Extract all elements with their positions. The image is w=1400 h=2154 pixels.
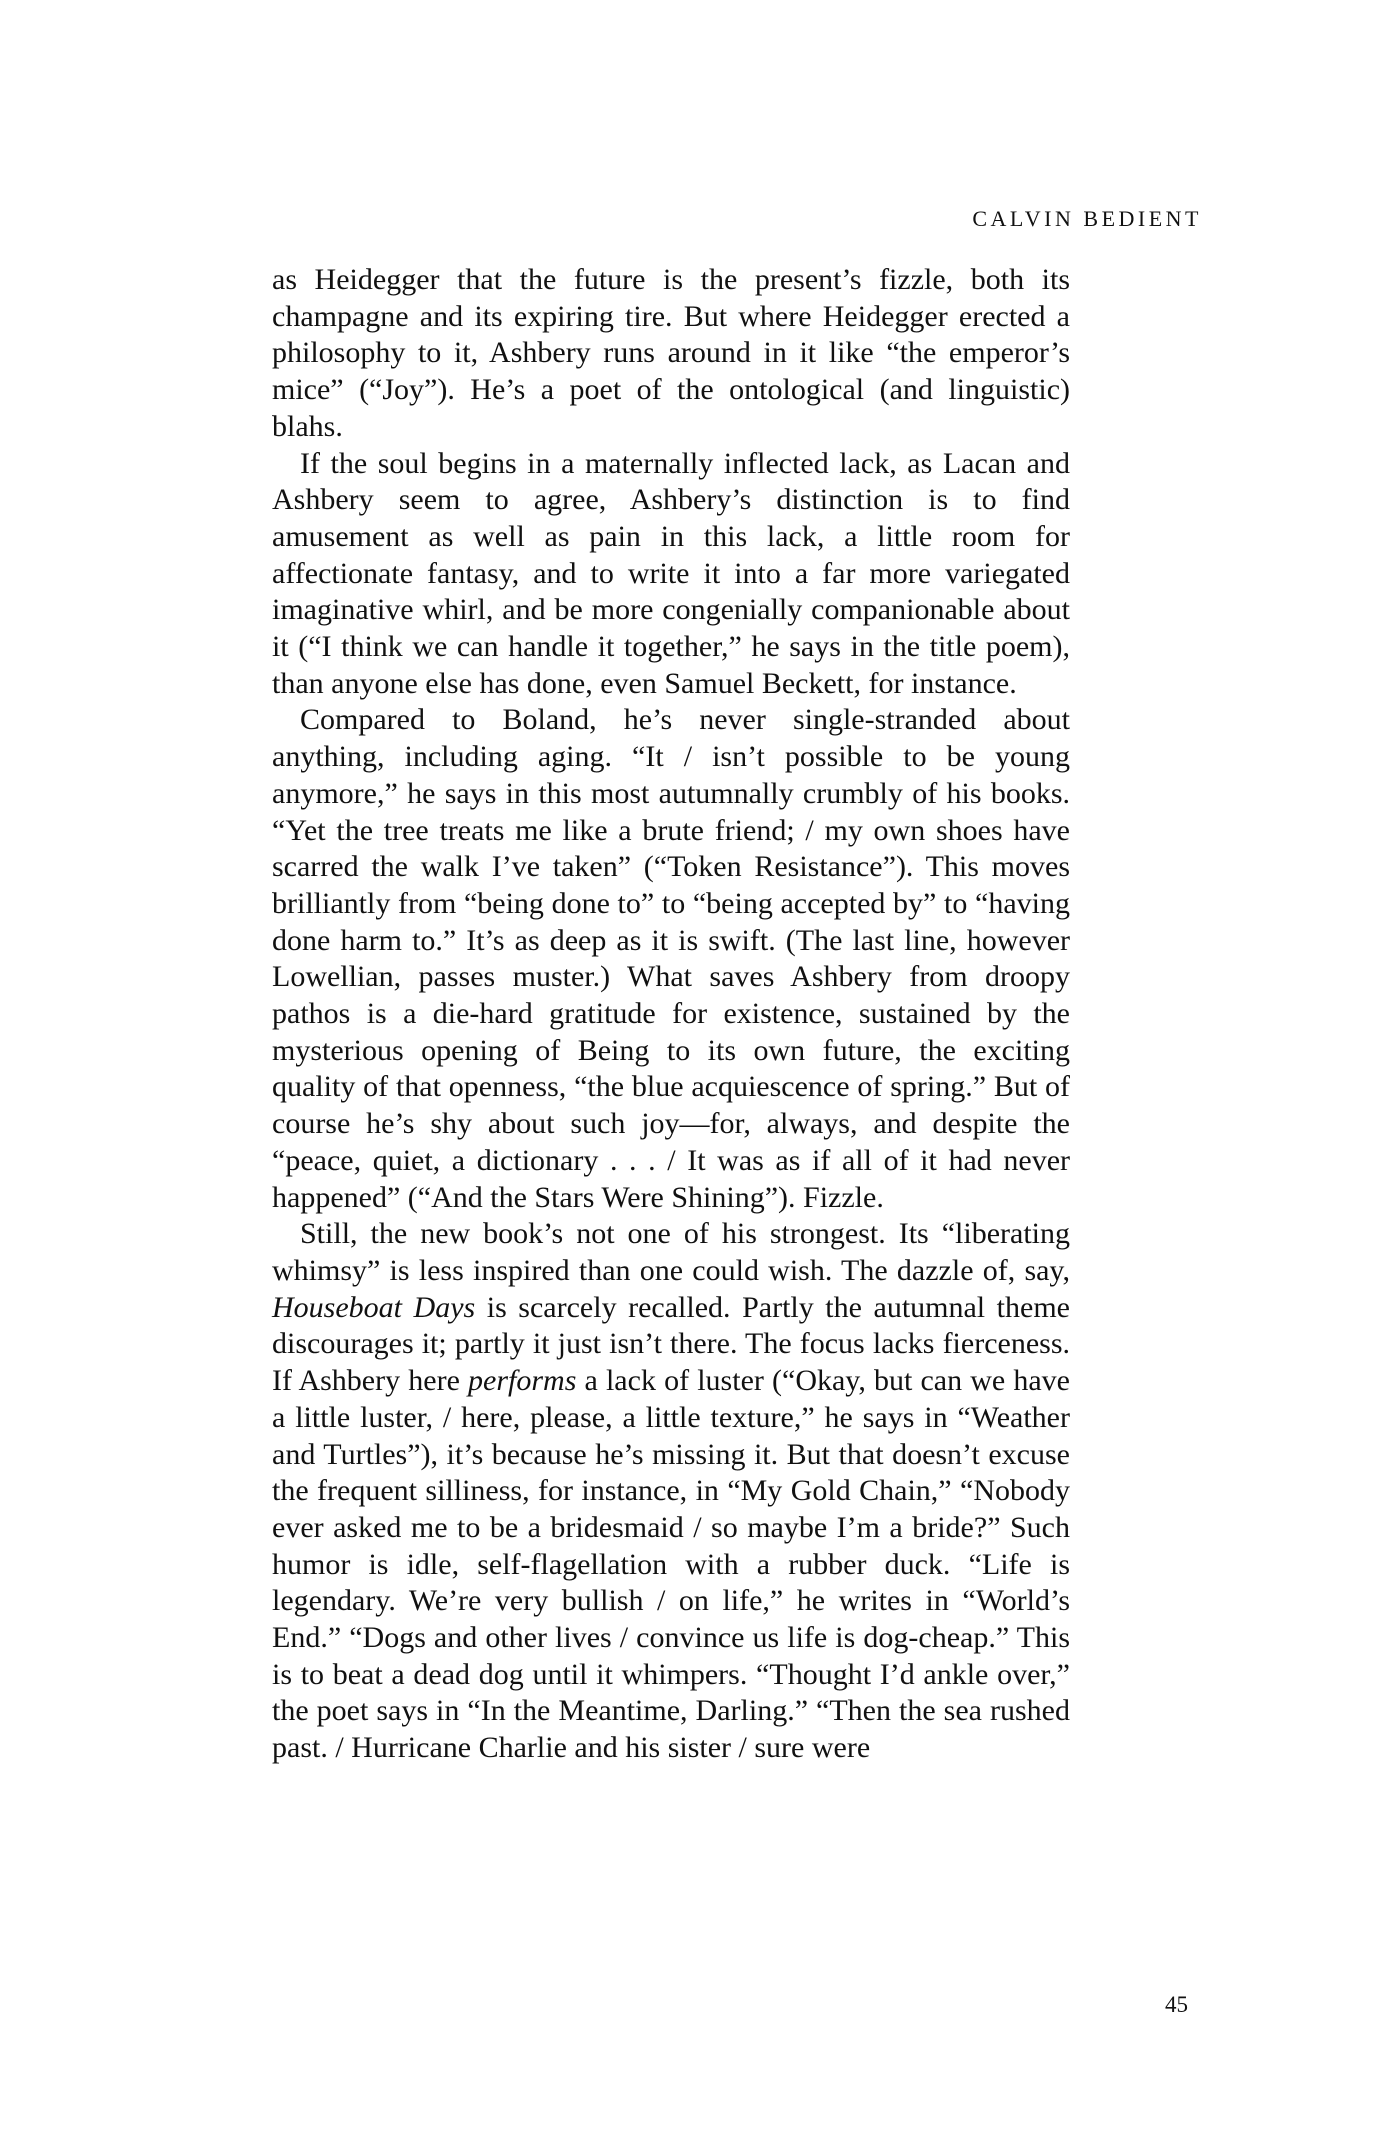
emphasis: performs <box>468 1364 576 1397</box>
paragraph: as Heidegger that the future is the pres… <box>272 262 1070 446</box>
paragraph: If the soul begins in a maternally infle… <box>272 446 1070 703</box>
paragraph: Still, the new book’s not one of his str… <box>272 1216 1070 1767</box>
page-number: 45 <box>1165 1992 1188 2018</box>
running-head: CALVIN BEDIENT <box>972 206 1202 232</box>
body-text: as Heidegger that the future is the pres… <box>272 262 1070 1767</box>
text-run: Still, the new book’s not one of his str… <box>272 1217 1070 1287</box>
text-run: a lack of luster (“Okay, but can we have… <box>272 1364 1070 1764</box>
paragraph: Compared to Boland, he’s never single-st… <box>272 702 1070 1216</box>
book-title: Houseboat Days <box>272 1291 475 1324</box>
